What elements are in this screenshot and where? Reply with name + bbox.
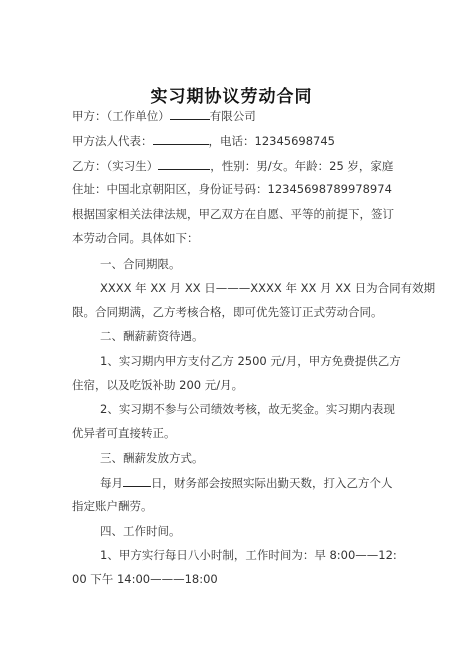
party-b-line: 乙方：（实习生），性别：男/女。年龄：25 岁，家庭 xyxy=(72,158,394,173)
payment-line-1: 每月日，财务部会按照实际出勤天数，打入乙方个人 xyxy=(100,475,394,490)
address-line: 住址：中国北京朝阳区，身份证号码：12345698789978974 xyxy=(72,182,394,196)
party-a-representative-line: 甲方法人代表：，电话：12345698745 xyxy=(72,133,394,148)
term-line-1: XXXX 年 XX 月 XX 日———XXXX 年 XX 月 XX 日为合同有效… xyxy=(100,281,394,295)
section-2-heading: 二、酬薪薪资待遇。 xyxy=(100,329,394,343)
bonus-line-2: 优异者可直接转正。 xyxy=(72,426,394,440)
hours-line-2: 00 下午 14:00———18:00 xyxy=(72,572,394,586)
term-line-2: 限。合同期满，乙方考核合格，即可优先签订正式劳动合同。 xyxy=(72,305,394,319)
preamble-line-2: 本劳动合同。具体如下： xyxy=(72,231,394,245)
section-4-heading: 四、工作时间。 xyxy=(100,524,394,538)
bonus-line-1: 2、实习期不参与公司绩效考核，故无奖金。实习期内表现 xyxy=(100,402,394,416)
preamble-line-1: 根据国家相关法律法规，甲乙双方在自愿、平等的前提下，签订 xyxy=(72,207,394,221)
payment-line-2: 指定账户酬劳。 xyxy=(72,499,394,513)
document-title: 实习期协议劳动合同 xyxy=(0,82,463,107)
document-page: 实习期协议劳动合同 甲方：（工作单位）有限公司 甲方法人代表：，电话：12345… xyxy=(0,0,463,655)
party-a-company-line: 甲方：（工作单位）有限公司 xyxy=(72,108,394,123)
label-text: 日，财务部会按照实际出勤天数，打入乙方个人 xyxy=(151,476,393,490)
gender-age-text: ，性别：男/女。年龄：25 岁，家庭 xyxy=(210,159,393,173)
phone-text: ，电话：12345698745 xyxy=(209,134,335,148)
label-text: 有限公司 xyxy=(210,109,256,123)
label-text: 甲方法人代表： xyxy=(72,134,153,148)
representative-blank-field[interactable] xyxy=(153,133,209,145)
hours-line-1: 1、甲方实行每日八小时制，工作时间为：早 8:00——12: xyxy=(100,548,394,562)
intern-blank-field[interactable] xyxy=(158,158,210,170)
label-text: 甲方：（工作单位） xyxy=(72,109,170,123)
company-blank-field[interactable] xyxy=(170,108,210,120)
salary-line-1: 1、实习期内甲方支付乙方 2500 元/月，甲方免费提供乙方 xyxy=(100,354,394,368)
pay-day-blank-field[interactable] xyxy=(123,475,151,487)
section-3-heading: 三、酬薪发放方式。 xyxy=(100,451,394,465)
section-1-heading: 一、合同期限。 xyxy=(100,257,394,271)
label-text: 每月 xyxy=(100,476,123,490)
label-text: 乙方：（实习生） xyxy=(72,159,158,173)
salary-line-2: 住宿，以及吃饭补助 200 元/月。 xyxy=(72,378,394,392)
